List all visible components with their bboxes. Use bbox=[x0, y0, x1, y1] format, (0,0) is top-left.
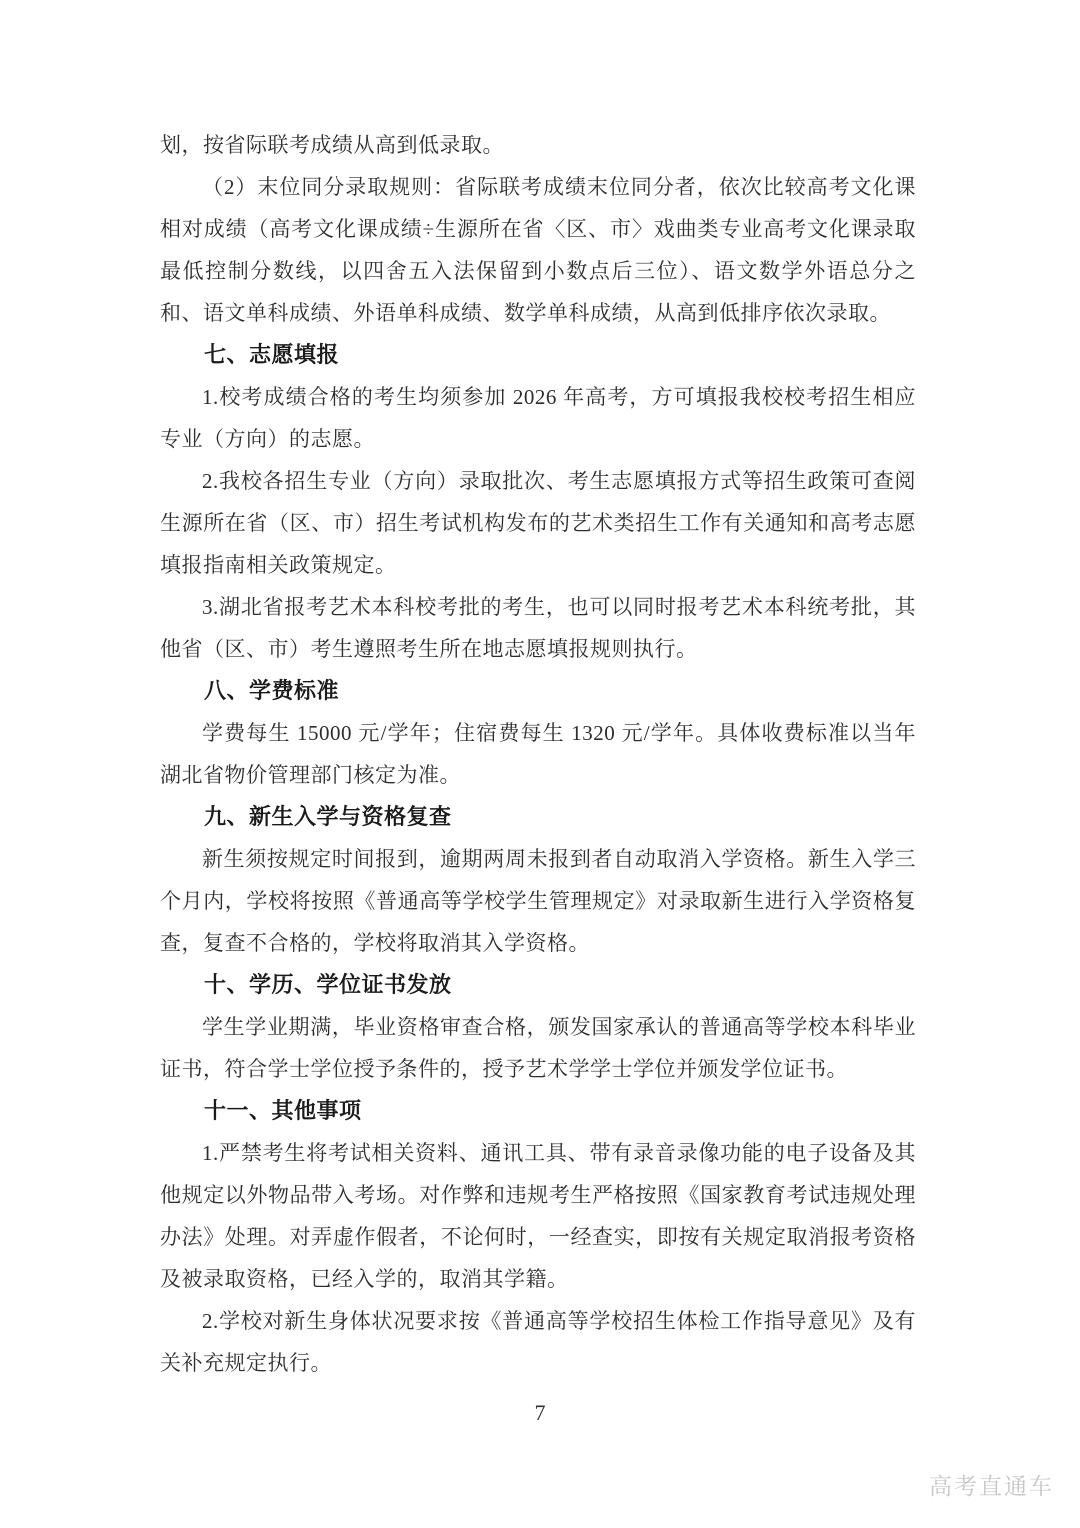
section-heading: 八、学费标准 bbox=[160, 670, 916, 712]
paragraph: （2）末位同分录取规则：省际联考成绩末位同分者，依次比较高考文化课相对成绩（高考… bbox=[160, 166, 916, 334]
section-heading: 十一、其他事项 bbox=[160, 1090, 916, 1132]
paragraph: 学生学业期满，毕业资格审查合格，颁发国家承认的普通高等学校本科毕业证书，符合学士… bbox=[160, 1006, 916, 1090]
paragraph: 2.学校对新生身体状况要求按《普通高等学校招生体检工作指导意见》及有关补充规定执… bbox=[160, 1300, 916, 1384]
paragraph: 2.我校各招生专业（方向）录取批次、考生志愿填报方式等招生政策可查阅生源所在省（… bbox=[160, 460, 916, 586]
watermark: 高考直通车 bbox=[929, 1468, 1054, 1501]
document-content: 划，按省际联考成绩从高到低录取。（2）末位同分录取规则：省际联考成绩末位同分者，… bbox=[160, 124, 916, 1384]
paragraph: 3.湖北省报考艺术本科校考批的考生，也可以同时报考艺术本科统考批，其他省（区、市… bbox=[160, 586, 916, 670]
page-number: 7 bbox=[0, 1400, 1080, 1426]
paragraph: 新生须按规定时间报到，逾期两周未报到者自动取消入学资格。新生入学三个月内，学校将… bbox=[160, 838, 916, 964]
paragraph: 划，按省际联考成绩从高到低录取。 bbox=[160, 124, 916, 166]
section-heading: 九、新生入学与资格复查 bbox=[160, 796, 916, 838]
document-page: 划，按省际联考成绩从高到低录取。（2）末位同分录取规则：省际联考成绩末位同分者，… bbox=[0, 0, 1080, 1528]
section-heading: 十、学历、学位证书发放 bbox=[160, 964, 916, 1006]
paragraph: 学费每生 15000 元/学年；住宿费每生 1320 元/学年。具体收费标准以当… bbox=[160, 712, 916, 796]
paragraph: 1.严禁考生将考试相关资料、通讯工具、带有录音录像功能的电子设备及其他规定以外物… bbox=[160, 1132, 916, 1300]
paragraph: 1.校考成绩合格的考生均须参加 2026 年高考，方可填报我校校考招生相应专业（… bbox=[160, 376, 916, 460]
section-heading: 七、志愿填报 bbox=[160, 334, 916, 376]
